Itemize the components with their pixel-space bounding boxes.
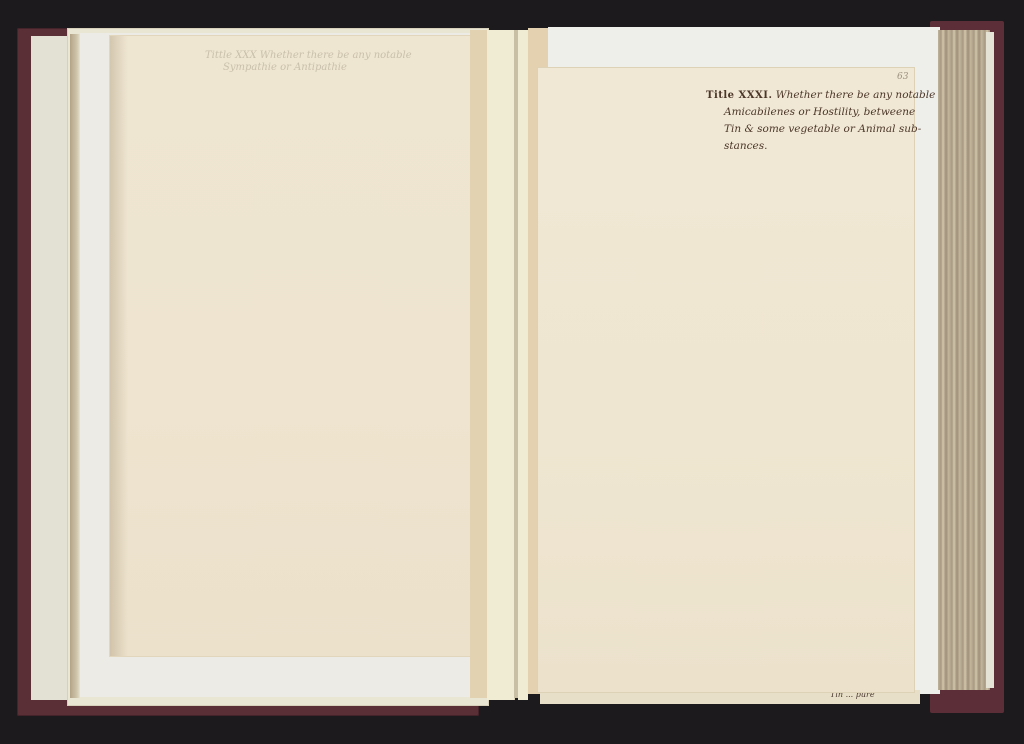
left-page (110, 36, 472, 656)
offset-line: Sympathie or Antipathie (205, 62, 375, 74)
fore-edge-guard (986, 32, 994, 688)
folio-number: 63 (897, 72, 908, 82)
gutter-guard (518, 30, 528, 700)
heading-line-4: stances. (706, 138, 916, 155)
heading-line-1: Title XXXI. Whether there be any notable (706, 87, 916, 104)
title-heading: Title XXXI. Whether there be any notable… (706, 87, 916, 155)
title-label: Title XXXI. (706, 90, 772, 101)
offset-line: Tittle XXX Whether there be any notable (205, 50, 375, 62)
left-page-stain (110, 36, 128, 656)
text-block-fore-edge (938, 30, 990, 690)
gutter-guard (470, 30, 488, 698)
left-page-edge (70, 34, 80, 698)
heading-line-3: Tin & some vegetable or Animal sub- (706, 121, 916, 138)
heading-text: Whether there be any notable (776, 89, 936, 101)
left-page-offset-text: Tittle XXX Whether there be any notable … (205, 50, 375, 74)
heading-line-2: Amicabilenes or Hostility, betweene (706, 104, 916, 121)
right-page (538, 68, 914, 692)
gutter-guard (487, 30, 515, 700)
